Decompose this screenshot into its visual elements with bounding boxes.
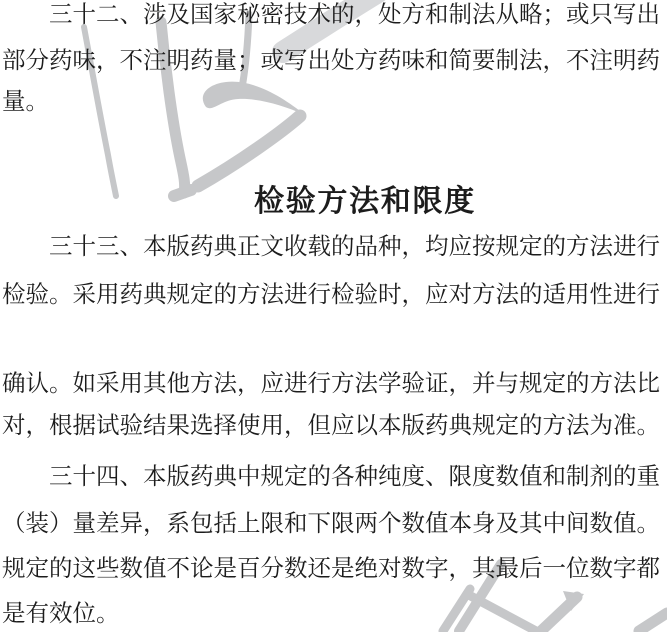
text-line: 是有效位。 xyxy=(2,603,120,627)
text-line: 三十二、涉及国家秘密技术的，处方和制法从略；或只写出 xyxy=(2,4,660,28)
section-heading: 检验方法和限度 xyxy=(254,187,476,217)
text-line: 量。 xyxy=(2,91,49,115)
text-line: 规定的这些数值不论是百分数还是绝对数字，其最后一位数字都 xyxy=(2,558,660,582)
text-line: 部分药味，不注明药量；或写出处方药味和简要制法，不注明药 xyxy=(2,50,660,74)
text-line: 三十三、本版药典正文收载的品种，均应按规定的方法进行 xyxy=(2,236,660,260)
text-line: 对，根据试验结果选择使用，但应以本版药典规定的方法为准。 xyxy=(2,415,660,439)
text-line: 确认。如采用其他方法，应进行方法学验证，并与规定的方法比 xyxy=(2,373,660,397)
text-line: 三十四、本版药典中规定的各种纯度、限度数值和制剂的重 xyxy=(2,466,660,490)
text-line: （装）量差异，系包括上限和下限两个数值本身及其中间数值。 xyxy=(2,513,660,537)
pharmacopoeia-page: 检验方法和限度 三十二、涉及国家秘密技术的，处方和制法从略；或只写出部分药味，不… xyxy=(0,0,667,632)
document-body: 检验方法和限度 三十二、涉及国家秘密技术的，处方和制法从略；或只写出部分药味，不… xyxy=(0,0,667,632)
text-line: 检验。采用药典规定的方法进行检验时，应对方法的适用性进行 xyxy=(2,284,660,308)
